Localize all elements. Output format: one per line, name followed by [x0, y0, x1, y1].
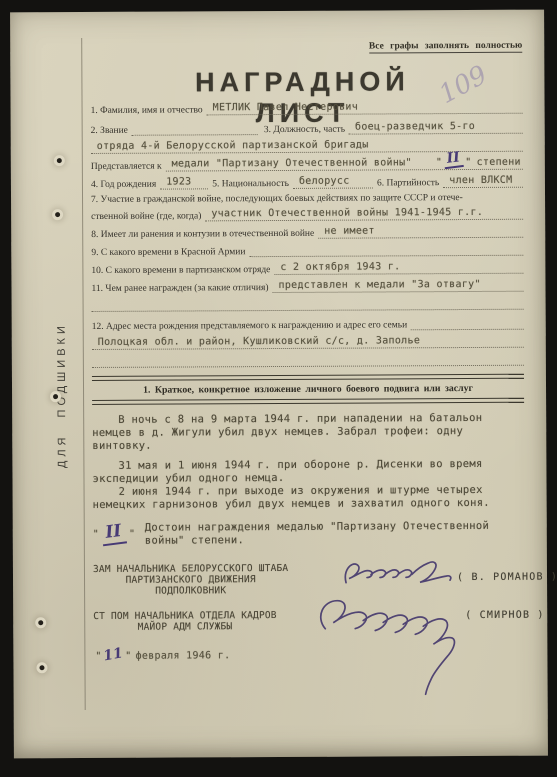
field-value-empty — [132, 133, 258, 136]
field-birth-nationality-party: 4. Год рождения 1923 5. Национальность б… — [91, 172, 523, 190]
field-address-value: Полоцкая обл. и район, Кушликовский с/с,… — [92, 332, 524, 350]
merit-description: В ночь с 8 на 9 марта 1944 г. при нападе… — [92, 412, 525, 512]
blank-ruled-line — [92, 294, 524, 312]
signer-title-line: МАЙОР АДМ СЛУЖБЫ — [93, 621, 277, 633]
form-content: 1. Фамилия, имя и отчество МЕТЛИК Павел … — [91, 98, 526, 676]
signer-1-title: ЗАМ НАЧАЛЬНИКА БЕЛОРУССКОГО ШТАБА ПАРТИЗ… — [93, 563, 289, 597]
punch-hole — [57, 158, 62, 163]
field-value: член ВЛКСМ — [443, 175, 523, 188]
double-rule — [92, 398, 524, 405]
field-value: с 2 октября 1943 г. — [274, 261, 523, 275]
field-value: участник Отечественной войны 1941-1945 г… — [205, 207, 523, 222]
quote: " — [436, 157, 442, 168]
merit-paragraph: В ночь с 8 на 9 марта 1944 г. при нападе… — [92, 412, 524, 453]
medal-name: медали "Партизану Отечественной войны" — [172, 157, 412, 169]
field-value: 1923 — [160, 176, 208, 189]
field-label: 2. Звание — [91, 126, 132, 136]
merit-paragraph: 2 июня 1944 г. при выходе из окружения и… — [93, 484, 525, 512]
punch-hole — [55, 212, 60, 217]
scanned-award-sheet: { "colors": { "paper": "#d7d1bb", "frame… — [0, 0, 557, 777]
field-surname: 1. Фамилия, имя и отчество МЕТЛИК Павел … — [91, 98, 523, 116]
field-label: 6. Партийность — [373, 178, 443, 188]
signer-title-line: ЗАМ НАЧАЛЬНИКА БЕЛОРУССКОГО ШТАБА — [93, 563, 288, 575]
field-value: Полоцкая обл. и район, Кушликовский с/с,… — [92, 335, 524, 350]
field-war-participation: 7. Участие в гражданской войне, последую… — [91, 190, 523, 205]
field-red-army-since: 9. С какого времени в Красной Армии — [91, 240, 523, 258]
conclusion-text: Достоин награждения медалью "Партизану О… — [145, 520, 525, 548]
conclusion: "II" Достоин награждения медалью "Партиз… — [93, 520, 525, 548]
field-value-empty — [249, 254, 523, 257]
left-margin-rule — [81, 38, 86, 710]
date-rest: февраля 1946 г. — [136, 650, 231, 661]
handwritten-day: 11 — [103, 646, 125, 663]
signer-title-line: СТ ПОМ НАЧАЛЬНИКА ОТДЕЛА КАДРОВ — [93, 610, 277, 622]
field-presented-to: Представляется к медали "Партизану Отече… — [91, 154, 523, 172]
quote: " — [125, 651, 131, 662]
handwritten-grade: II — [101, 522, 127, 546]
section-header: 1. Краткое, конкретное изложение личного… — [92, 379, 524, 400]
field-label: 5. Национальность — [208, 179, 293, 189]
signature-block: ЗАМ НАЧАЛЬНИКА БЕЛОРУССКОГО ШТАБА ПАРТИЗ… — [93, 562, 526, 676]
blank-ruled-line — [92, 350, 524, 368]
field-label: 4. Год рождения — [91, 180, 160, 190]
field-label: 7. Участие в гражданской войне, последую… — [91, 193, 467, 205]
field-value: МЕТЛИК Павел Нестерович — [207, 101, 523, 116]
field-label: 12. Адрес места рождения представляемого… — [92, 320, 412, 332]
signer-title-line: ПОДПОЛКОВНИК — [93, 585, 288, 597]
field-label: 3. Должность, часть — [258, 125, 349, 135]
paper-sheet: ДЛЯ ПОДШИВКИ Все графы заполнять полност… — [10, 10, 548, 759]
fill-all-fields-note: Все графы заполнять полностью — [369, 41, 522, 54]
field-value-empty — [92, 364, 524, 368]
punch-hole — [39, 665, 44, 670]
field-value: медали "Партизану Отечественной войны" "… — [166, 151, 523, 172]
field-value-empty — [92, 308, 524, 312]
field-value: боец-разведчик 5-го — [349, 121, 523, 135]
signer-1-name: ( В. РОМАНОВ ) — [457, 572, 557, 584]
field-value: белорусс — [293, 176, 373, 189]
field-label: 10. С какого времени в партизанском отря… — [91, 265, 274, 276]
field-label: 9. С какого времени в Красной Армии — [91, 247, 249, 258]
field-label: 1. Фамилия, имя и отчество — [91, 105, 207, 116]
punch-hole — [53, 394, 58, 399]
field-label: ственной войне (где, когда) — [91, 211, 205, 222]
field-partisan-since: 10. С какого времени в партизанском отря… — [91, 258, 523, 276]
smirnov-signature — [311, 588, 482, 699]
field-label: 8. Имеет ли ранения и контузии в отечест… — [91, 229, 318, 240]
quote: " — [129, 529, 135, 540]
field-war-participation-cont: ственной войне (где, когда) участник Оте… — [91, 204, 523, 222]
field-label: 11. Чем ранее награжден (за какие отличи… — [91, 283, 272, 294]
section-header-block: 1. Краткое, конкретное изложение личного… — [92, 374, 524, 405]
date-line: "11" февраля 1946 г. — [95, 645, 230, 664]
merit-paragraph: 31 мая и 1 июня 1944 г. при обороне р. Д… — [92, 458, 524, 486]
signer-2-title: СТ ПОМ НАЧАЛЬНИКА ОТДЕЛА КАДРОВ МАЙОР АД… — [93, 610, 277, 633]
field-rank-position: 2. Звание 3. Должность, часть боец-разве… — [91, 118, 523, 136]
handwritten-grade: II — [443, 151, 464, 170]
quote: " — [93, 529, 99, 540]
signer-2-name: ( СМИРНОВ ) — [465, 610, 544, 621]
field-value: представлен к медали "За отвагу" — [272, 279, 523, 293]
field-value-empty — [411, 328, 524, 331]
grade-word: степени — [472, 157, 521, 168]
quote: " — [95, 651, 101, 662]
punch-hole — [38, 620, 43, 625]
field-value: не имеет — [318, 225, 523, 239]
field-address-label: 12. Адрес места рождения представляемого… — [92, 314, 524, 332]
conclusion-grade: "II" — [93, 522, 145, 548]
field-label: Представляется к — [91, 162, 166, 172]
field-wounds: 8. Имеет ли ранения и контузии в отечест… — [91, 222, 523, 240]
romanov-signature — [338, 556, 458, 593]
field-previous-awards: 11. Чем ранее награжден (за какие отличи… — [91, 276, 523, 294]
